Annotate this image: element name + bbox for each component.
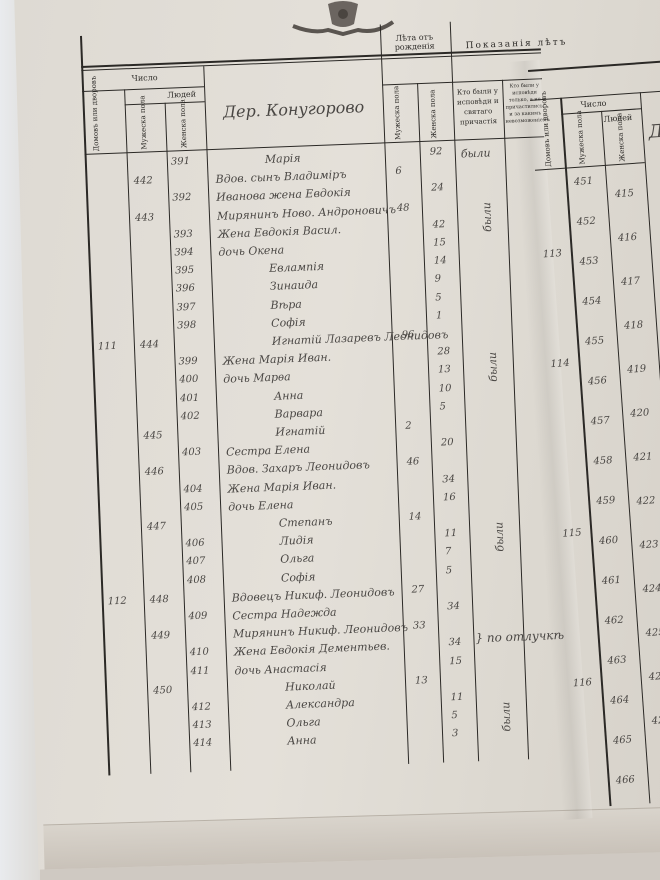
age-female: 16 <box>443 492 456 503</box>
person-name: дочь Окена <box>218 243 284 259</box>
age-female: 3 <box>452 728 459 739</box>
age-female: 42 <box>432 219 445 230</box>
right-female-number: 427 <box>651 715 660 727</box>
person-name: Иванова жена Евдокія <box>216 186 351 204</box>
header-male: Мужеска пола <box>139 107 149 149</box>
right-house-number: 115 <box>562 527 582 539</box>
age-female: 7 <box>445 547 452 558</box>
female-number: 412 <box>192 701 212 713</box>
right-female-number: 415 <box>615 188 635 200</box>
age-female: 15 <box>449 655 462 666</box>
age-male: 96 <box>402 329 415 340</box>
header-confessed: Кто были у исповѣди и святаго причастія <box>454 86 502 128</box>
age-female: 34 <box>448 637 461 648</box>
person-name: дочь Марѳа <box>223 371 291 387</box>
age-female: 5 <box>451 710 458 721</box>
right-header-number: Число <box>580 99 606 110</box>
age-female: 92 <box>430 146 443 157</box>
person-name: Ольга <box>280 552 315 566</box>
person-name: Жена Евдокія Дементьев. <box>234 640 391 659</box>
right-male-number: 462 <box>604 615 624 627</box>
right-male-number: 452 <box>576 216 596 228</box>
header-people: Людей <box>167 90 196 100</box>
female-number: 399 <box>178 356 198 368</box>
confession-note-vertical-3: были <box>492 522 506 552</box>
age-male: 13 <box>415 675 428 686</box>
age-female: 11 <box>444 528 457 539</box>
person-name: Игнатій <box>275 424 325 439</box>
right-male-number: 458 <box>593 455 613 467</box>
right-female-number: 416 <box>618 232 638 244</box>
person-name: Варвара <box>274 406 323 421</box>
person-name: Марія <box>265 152 301 166</box>
female-number: 411 <box>190 665 210 677</box>
right-male-number: 453 <box>579 256 599 268</box>
age-male: 14 <box>409 511 422 522</box>
right-female-number: 421 <box>633 451 653 463</box>
age-female: 5 <box>439 401 446 412</box>
person-name: Анна <box>287 734 317 748</box>
age-female: 28 <box>437 346 450 357</box>
right-female-number: 418 <box>624 320 644 332</box>
person-name: Ольга <box>286 715 321 729</box>
right-male-number: 456 <box>588 375 608 387</box>
right-village-title: Дер <box>648 119 660 143</box>
age-female: 9 <box>434 274 441 285</box>
confession-note-vertical-1: были <box>480 202 494 232</box>
right-female-number: 424 <box>642 583 660 595</box>
right-female-number: 425 <box>645 627 660 639</box>
person-name: Сестра Елена <box>226 443 310 459</box>
person-name: Сестра Надежда <box>232 606 337 623</box>
age-male: 27 <box>411 584 424 595</box>
right-female-number: 426 <box>648 671 660 683</box>
female-number: 402 <box>180 410 200 422</box>
person-name: дочь Анастасія <box>234 661 327 678</box>
right-male-number: 457 <box>590 415 610 427</box>
right-female-number: 420 <box>630 407 650 419</box>
person-name: Софія <box>281 570 316 584</box>
female-number: 409 <box>188 611 208 623</box>
age-female: 15 <box>433 237 446 248</box>
right-male-number: 460 <box>599 535 619 547</box>
person-name: Лидія <box>279 534 314 548</box>
person-name: Мирянинъ Никиф. Леонидовъ <box>233 621 408 641</box>
age-male: 6 <box>395 166 402 177</box>
age-male: 33 <box>413 620 426 631</box>
right-female-number: 422 <box>636 495 656 507</box>
household-number: 446 <box>145 466 165 478</box>
right-female-number: 419 <box>627 363 647 375</box>
person-name: Жена Евдокія Васил. <box>217 223 341 241</box>
right-male-number: 463 <box>607 655 627 667</box>
female-number: 400 <box>179 374 199 386</box>
person-name: Степанъ <box>279 515 333 530</box>
female-number: 410 <box>190 647 210 659</box>
person-name: дочь Елена <box>228 498 294 513</box>
person-name: Мирянинъ Ново. Андроновичъ <box>217 203 396 223</box>
header-age: Лѣта отъ рожденія <box>384 32 445 52</box>
female-number: 395 <box>175 265 195 277</box>
household-number: 448 <box>149 594 169 606</box>
person-name: Жена Марія Иван. <box>222 351 331 368</box>
female-number: 406 <box>185 538 205 550</box>
right-header-households: Домовъ или дворовъ <box>541 109 553 167</box>
header-households: Домовъ или дворовъ <box>90 97 100 151</box>
confession-note-first: были <box>461 146 491 160</box>
female-number: 398 <box>177 320 197 332</box>
age-female: 11 <box>450 692 463 703</box>
person-name: Евлампія <box>269 260 324 275</box>
confession-note-vertical-4: были <box>499 702 513 732</box>
age-female: 13 <box>438 364 451 375</box>
confession-note-vertical-2: были <box>486 352 500 382</box>
age-male: 2 <box>405 421 412 432</box>
age-female: 34 <box>447 601 460 612</box>
age-female: 1 <box>436 310 443 321</box>
right-header-male: Мужеска пола <box>576 122 587 164</box>
female-number: 393 <box>173 229 193 241</box>
village-title: Дер. Конугорово <box>223 97 365 121</box>
house-number: 111 <box>98 341 118 353</box>
household-number: 447 <box>147 521 167 533</box>
person-name: Жена Марія Иван. <box>227 478 336 495</box>
age-female: 24 <box>431 183 444 194</box>
person-name: Вдов. сынъ Владиміръ <box>215 168 346 186</box>
female-number: 392 <box>172 192 192 204</box>
age-female: 5 <box>446 565 453 576</box>
person-name: Игнатій Лазаревъ Леонидовъ <box>272 328 449 348</box>
right-house-number: 113 <box>543 248 563 260</box>
house-number: 112 <box>108 595 128 607</box>
person-name: Александра <box>286 696 355 712</box>
right-male-number: 466 <box>615 774 635 786</box>
header-number: Число <box>131 73 157 83</box>
female-number: 404 <box>183 483 203 495</box>
household-number: 442 <box>133 176 153 188</box>
female-number: 407 <box>186 556 206 568</box>
female-number: 413 <box>192 720 212 732</box>
household-number: 444 <box>140 339 160 351</box>
right-house-number: 116 <box>573 677 593 689</box>
header-age-male: Мужеска пола <box>392 88 402 140</box>
age-male: 46 <box>406 457 419 468</box>
household-number: 443 <box>135 212 155 224</box>
male-number: 391 <box>171 156 191 168</box>
age-female: 34 <box>442 474 455 485</box>
right-male-number: 454 <box>582 295 602 307</box>
header-female: Женска пола <box>179 106 189 148</box>
age-male: 48 <box>397 202 410 213</box>
age-female: 14 <box>434 255 447 266</box>
right-header-female: Женска пола <box>616 119 627 161</box>
age-female: 5 <box>435 292 442 303</box>
female-number: 405 <box>184 501 204 513</box>
person-name: Вѣра <box>270 297 302 311</box>
person-name: Николай <box>285 678 336 693</box>
female-number: 396 <box>176 283 196 295</box>
female-number: 408 <box>187 574 207 586</box>
female-number: 414 <box>193 738 213 750</box>
right-male-number: 455 <box>585 335 605 347</box>
right-male-number: 459 <box>596 495 616 507</box>
person-name: Вдовецъ Никиф. Леонидовъ <box>231 585 394 604</box>
left-register-sheet: Число Людей Домовъ или дворовъ Мужеска п… <box>80 18 579 795</box>
person-name: Вдов. Захаръ Леонидовъ <box>227 459 370 477</box>
person-name: Софія <box>271 315 306 329</box>
female-number: 394 <box>174 247 194 259</box>
age-female: 10 <box>439 383 452 394</box>
household-number: 445 <box>143 430 163 442</box>
header-age-female: Женска пола <box>428 86 438 138</box>
right-male-number: 461 <box>601 575 621 587</box>
female-number: 401 <box>180 392 200 404</box>
person-name: Анна <box>274 388 304 402</box>
right-male-number: 451 <box>574 176 594 188</box>
age-female: 20 <box>441 437 454 448</box>
household-number: 450 <box>153 685 173 697</box>
right-house-number: 114 <box>550 358 570 370</box>
right-female-number: 417 <box>621 276 641 288</box>
right-male-number: 465 <box>613 734 633 746</box>
female-number: 403 <box>182 447 202 459</box>
person-name: Зинаида <box>270 278 319 293</box>
household-number: 449 <box>151 630 171 642</box>
right-male-number: 464 <box>610 694 630 706</box>
female-number: 397 <box>176 301 196 313</box>
right-female-number: 423 <box>639 539 659 551</box>
